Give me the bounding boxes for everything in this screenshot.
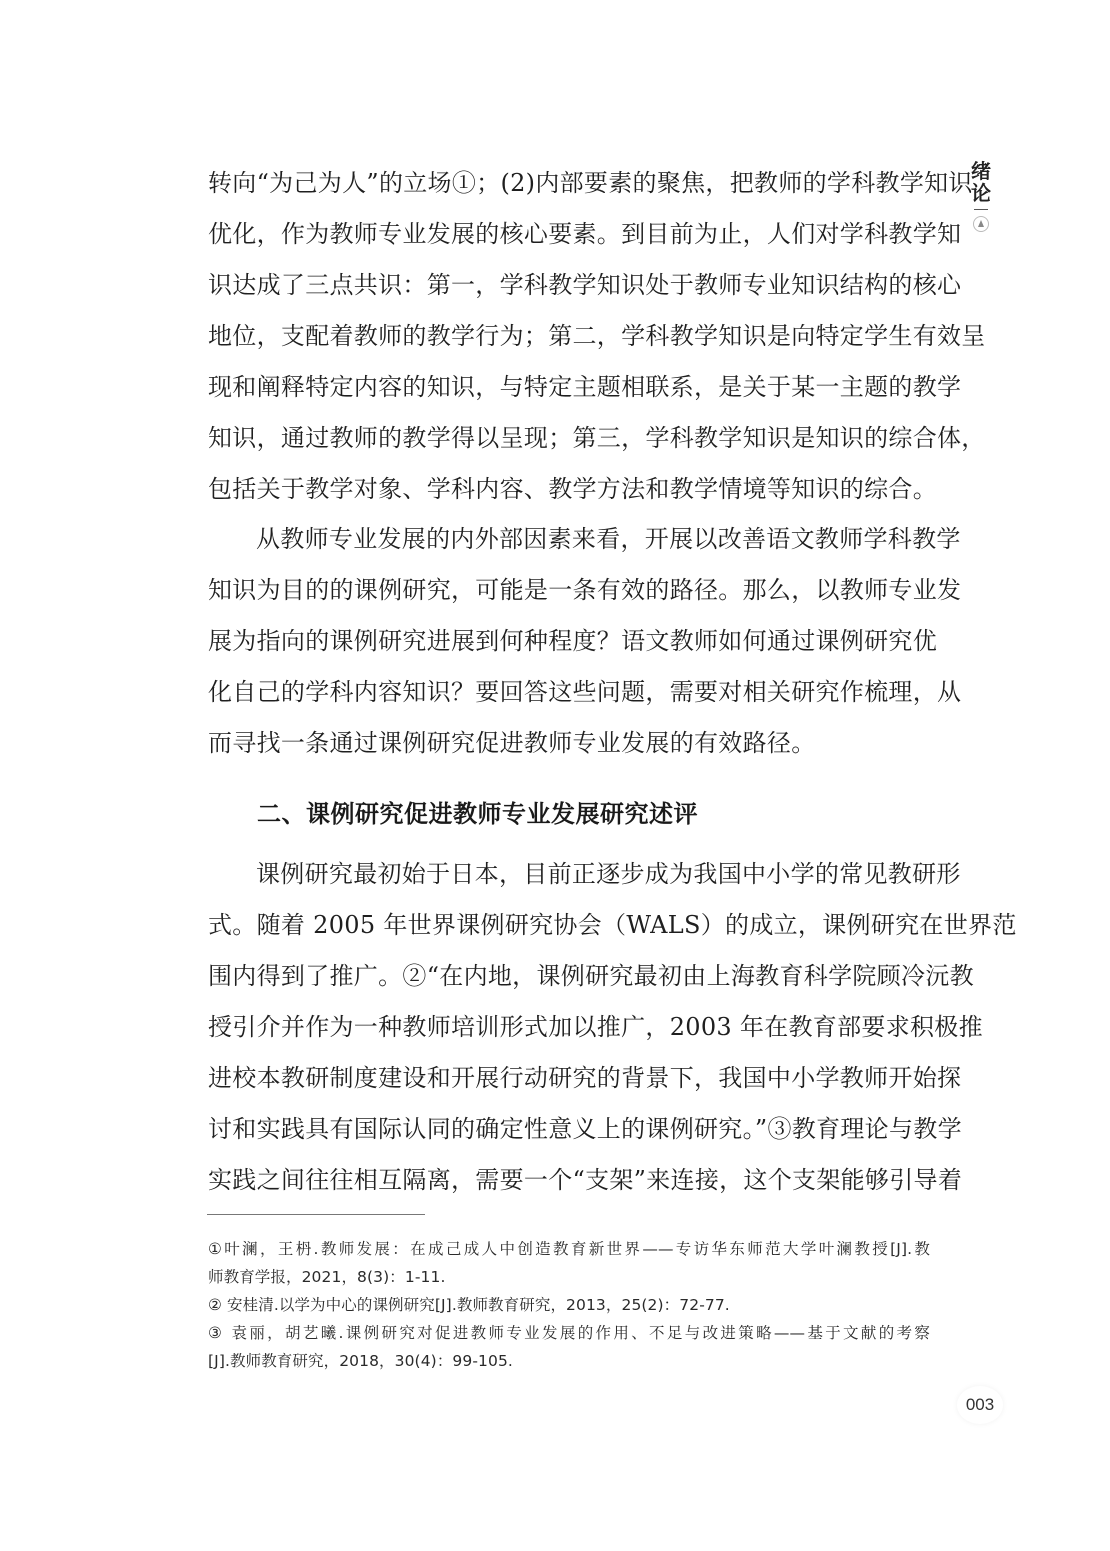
page-number: 003 — [957, 1386, 1003, 1424]
footnote-2-line-1: ② 安桂清.以学为中心的课例研究[J].教师教育研究，2013，25(2)：72… — [208, 1291, 930, 1319]
text-line: 地位，支配着教师的教学行为；第二，学科教学知识是向特定学生有效呈 — [208, 311, 928, 362]
text-line: 进校本教研制度建设和开展行动研究的背景下，我国中小学教师开始探 — [208, 1053, 928, 1104]
text-line: 转向“为己为人”的立场①；(2)内部要素的聚焦，把教师的学科教学知识 — [208, 158, 928, 209]
book-page: 绪 论 转向“为己为人”的立场①；(2)内部要素的聚焦，把教师的学科教学知识 优… — [0, 0, 1110, 1551]
text-line: 知识，通过教师的教学得以呈现；第三，学科教学知识是知识的综合体， — [208, 413, 928, 464]
footnote-1-line-2: 师教育学报，2021，8(3)：1-11. — [208, 1263, 930, 1291]
text-line: 实践之间往往相互隔离，需要一个“支架”来连接，这个支架能够引导着 — [208, 1155, 928, 1206]
text-line: 知识为目的的课例研究，可能是一条有效的路径。那么，以教师专业发 — [208, 565, 928, 616]
paragraph-2: 从教师专业发展的内外部因素来看，开展以改善语文教师学科教学 知识为目的的课例研究… — [208, 514, 928, 769]
text-line: 式。随着 2005 年世界课例研究协会（WALS）的成立，课例研究在世界范 — [208, 900, 928, 951]
footnote-1-line-1: ①叶澜，王枬.教师发展：在成己成人中创造教育新世界——专访华东师范大学叶澜教授[… — [208, 1235, 930, 1263]
text-line: 授引介并作为一种教师培训形式加以推广，2003 年在教育部要求积极推 — [208, 1002, 928, 1053]
section-heading: 二、课例研究促进教师专业发展研究述评 — [257, 794, 698, 834]
text-line: 展为指向的课例研究进展到何种程度？语文教师如何通过课例研究优 — [208, 616, 928, 667]
text-line: 优化，作为教师专业发展的核心要素。到目前为止，人们对学科教学知 — [208, 209, 928, 260]
footnote-3-line-2: [J].教师教育研究，2018，30(4)：99-105. — [208, 1347, 930, 1375]
text-line: 现和阐释特定内容的知识，与特定主题相联系，是关于某一主题的教学 — [208, 362, 928, 413]
text-line: 包括关于教学对象、学科内容、教学方法和教学情境等知识的综合。 — [208, 464, 928, 515]
book-logo-icon — [973, 216, 989, 232]
paragraph-3: 课例研究最初始于日本，目前正逐步成为我国中小学的常见教研形 式。随着 2005 … — [208, 849, 928, 1206]
text-line: 化自己的学科内容知识？要回答这些问题，需要对相关研究作梳理，从 — [208, 667, 928, 718]
text-line: 从教师专业发展的内外部因素来看，开展以改善语文教师学科教学 — [208, 514, 928, 565]
paragraph-1: 转向“为己为人”的立场①；(2)内部要素的聚焦，把教师的学科教学知识 优化，作为… — [208, 158, 928, 515]
text-line: 课例研究最初始于日本，目前正逐步成为我国中小学的常见教研形 — [208, 849, 928, 900]
text-line: 讨和实践具有国际认同的确定性意义上的课例研究。”③教育理论与教学 — [208, 1104, 928, 1155]
footnote-divider — [207, 1214, 425, 1215]
text-line: 围内得到了推广。②“在内地，课例研究最初由上海教育科学院顾冷沅教 — [208, 951, 928, 1002]
footnote-3-line-1: ③ 袁丽，胡艺曦.课例研究对促进教师专业发展的作用、不足与改进策略——基于文献的… — [208, 1319, 930, 1347]
chapter-label-divider — [974, 209, 988, 210]
footnotes: ①叶澜，王枬.教师发展：在成己成人中创造教育新世界——专访华东师范大学叶澜教授[… — [208, 1235, 930, 1375]
text-line: 而寻找一条通过课例研究促进教师专业发展的有效路径。 — [208, 718, 928, 769]
text-line: 识达成了三点共识：第一，学科教学知识处于教师专业知识结构的核心 — [208, 260, 928, 311]
